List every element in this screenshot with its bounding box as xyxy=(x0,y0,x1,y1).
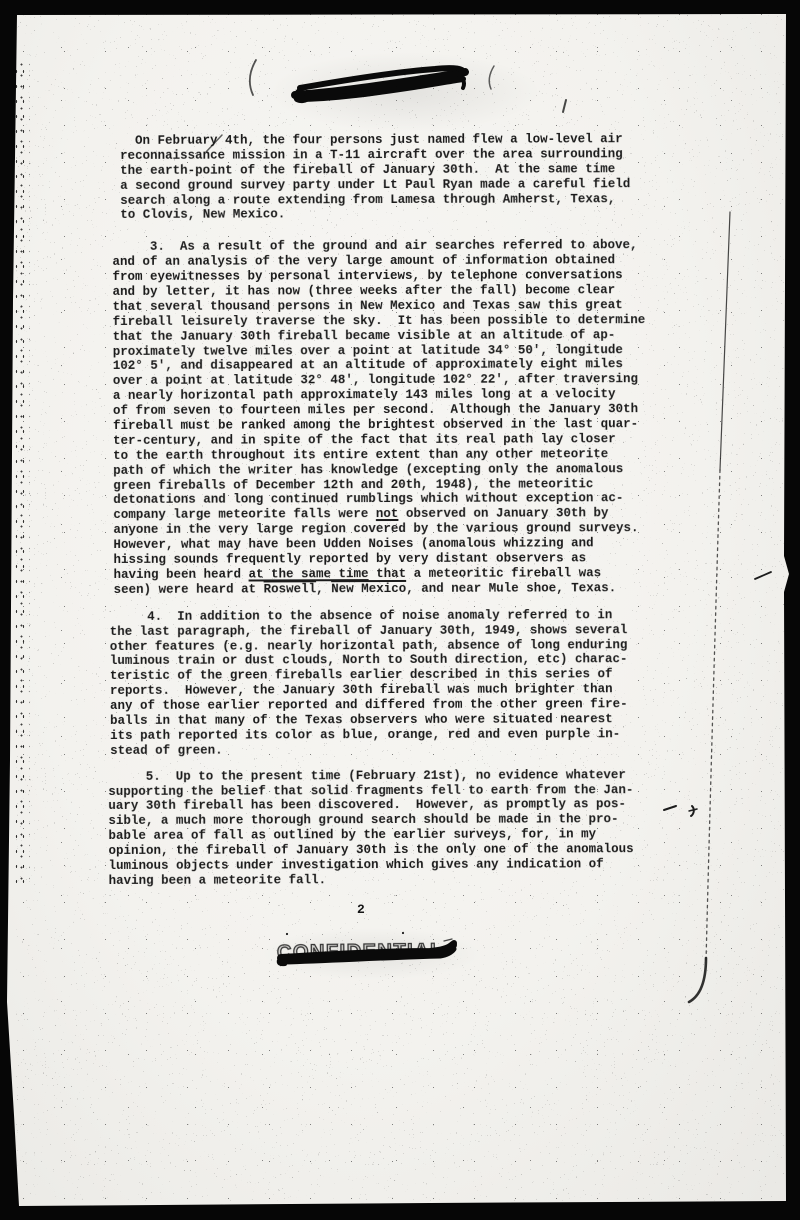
paragraph: On February 4th, the four persons just n… xyxy=(120,132,716,223)
text-line: opinion, the fireball of January 30th is… xyxy=(108,842,718,859)
text-line: fireball must be ranked among the bright… xyxy=(113,417,717,434)
text-line: having been a meteorite fall. xyxy=(109,872,719,889)
text-line: fireball leisurely traverse the sky. It … xyxy=(113,313,717,330)
text-line: luminous train or dust clouds, North to … xyxy=(110,652,718,669)
text-line: over a point at latitude 32° 48', longit… xyxy=(113,372,717,389)
text-line: a second ground survey party under Lt Pa… xyxy=(120,177,716,194)
text-line: supporting the belief that solid fragmen… xyxy=(108,782,718,799)
underlined-text: at the same time xyxy=(249,567,369,581)
paragraph: 5. Up to the present time (February 21st… xyxy=(108,767,718,888)
text-line: 3. As a result of the ground and air sea… xyxy=(112,238,716,255)
confidential-stamp: CONFIDENTIAL xyxy=(277,940,444,965)
text-line: the last paragraph, the fireball of Janu… xyxy=(110,622,718,639)
underlined-text: not xyxy=(376,507,399,521)
overstruck-text: Roswell xyxy=(264,582,317,596)
stamp-text: CONFIDENTIAL xyxy=(277,940,444,964)
overstruck-text: New Mexico xyxy=(331,582,406,596)
paragraph: 4. In addition to the absence of noise a… xyxy=(110,608,719,759)
torn-edge-specks xyxy=(15,58,30,886)
text-line: stead of green. xyxy=(110,742,718,759)
paragraph: 3. As a result of the ground and air sea… xyxy=(112,238,717,597)
text-line: to Clovis, New Mexico. xyxy=(120,206,716,223)
page-number: 2 xyxy=(357,903,365,917)
text-line: anyone in the very large region covered … xyxy=(113,521,717,538)
text-line: any of those earlier reported and differ… xyxy=(110,697,718,714)
text-line: seen) were heard at Roswell, New Mexico,… xyxy=(114,581,718,598)
document-body: On February 4th, the four persons just n… xyxy=(106,132,719,889)
